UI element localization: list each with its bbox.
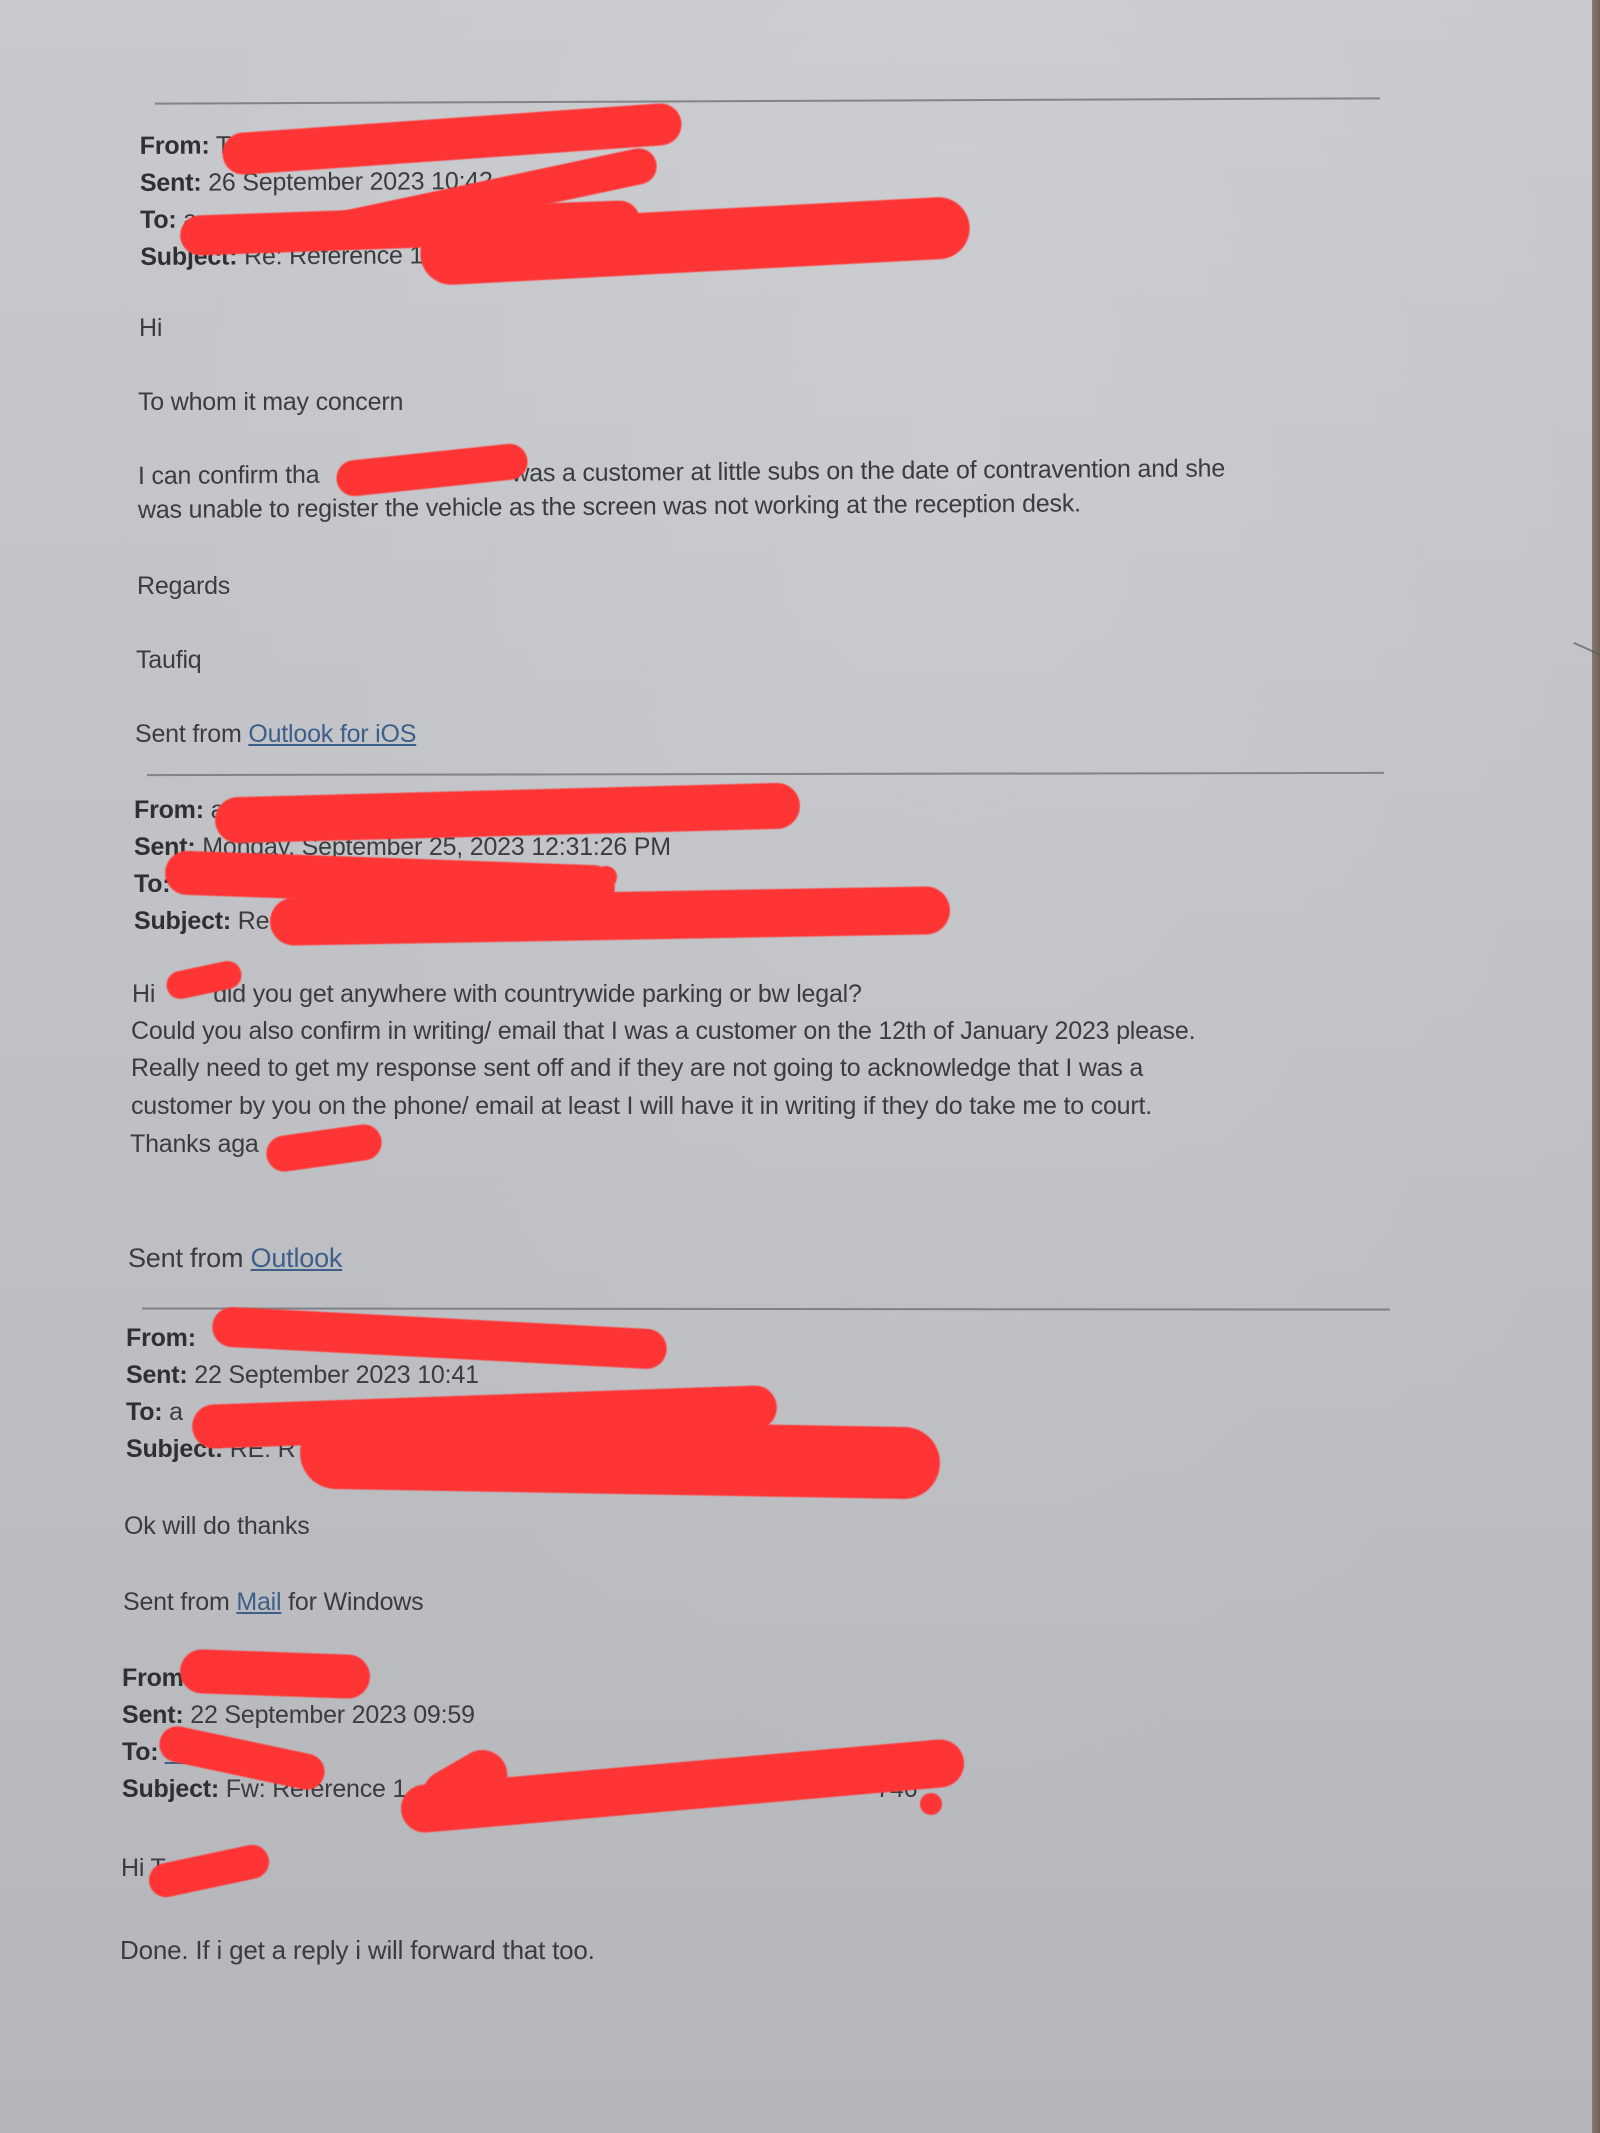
from-label: From: (140, 132, 210, 160)
body-line: Thanks aga (130, 1126, 259, 1163)
body-line: Done. If i get a reply i will forward th… (120, 1932, 595, 1969)
sent-from-suffix: for Windows (281, 1588, 423, 1616)
sent-from-text: Sent from (128, 1243, 251, 1273)
sent-from-text: Sent from (123, 1588, 236, 1616)
sent-value: 22 September 2023 10:41 (194, 1361, 479, 1389)
sent-from-line: Sent from Mail for Windows (123, 1584, 423, 1621)
body-line: Could you also confirm in writing/ email… (131, 1013, 1195, 1050)
sent-from-line: Sent from Outlook for iOS (135, 716, 416, 753)
subject-label: Subject: (134, 907, 231, 935)
signature-name: Taufiq (136, 642, 202, 679)
body-text: was a customer at little subs on the dat… (511, 454, 1225, 487)
body-text: did you get anywhere with countrywide pa… (213, 980, 862, 1008)
outlook-link[interactable]: Outlook (251, 1243, 343, 1273)
to-label: To: (126, 1398, 162, 1426)
body-line: Ok will do thanks (124, 1508, 310, 1545)
redaction-mark (179, 1649, 370, 1700)
sent-from-text: Sent from (135, 720, 248, 748)
sent-row: Sent: 22 September 2023 09:59 (122, 1697, 917, 1734)
from-label: From: (134, 796, 204, 824)
redaction-mark (920, 1793, 942, 1815)
sent-label: Sent: (140, 169, 202, 197)
greeting: Hi (139, 310, 162, 347)
body-line: Hidid you get anywhere with countrywide … (132, 976, 862, 1013)
body-text: Hi (132, 980, 155, 1008)
sent-label: Sent: (126, 1361, 188, 1389)
salutation: To whom it may concern (138, 384, 403, 421)
body-line: Really need to get my response sent off … (131, 1050, 1143, 1087)
redaction-mark (595, 866, 617, 888)
to-label: To: (140, 206, 177, 234)
closing: Regards (137, 568, 230, 605)
from-label: From: (126, 1324, 196, 1352)
sent-from-line: Sent from Outlook (128, 1240, 342, 1277)
to-value: a (169, 1398, 183, 1426)
subject-label: Subject: (122, 1775, 219, 1803)
table-edge (1592, 0, 1600, 2133)
mail-link[interactable]: Mail (236, 1588, 281, 1616)
outlook-ios-link[interactable]: Outlook for iOS (248, 720, 416, 748)
sent-row: Sent: 22 September 2023 10:41 (126, 1357, 479, 1394)
redaction-mark (299, 1416, 940, 1499)
sent-label: Sent: (122, 1701, 184, 1729)
body-line: customer by you on the phone/ email at l… (131, 1088, 1152, 1125)
body-text: I can confirm tha (138, 461, 320, 490)
body-line: was unable to register the vehicle as th… (138, 485, 1081, 529)
to-label: To: (122, 1738, 158, 1766)
sent-value: 22 September 2023 09:59 (190, 1701, 475, 1729)
